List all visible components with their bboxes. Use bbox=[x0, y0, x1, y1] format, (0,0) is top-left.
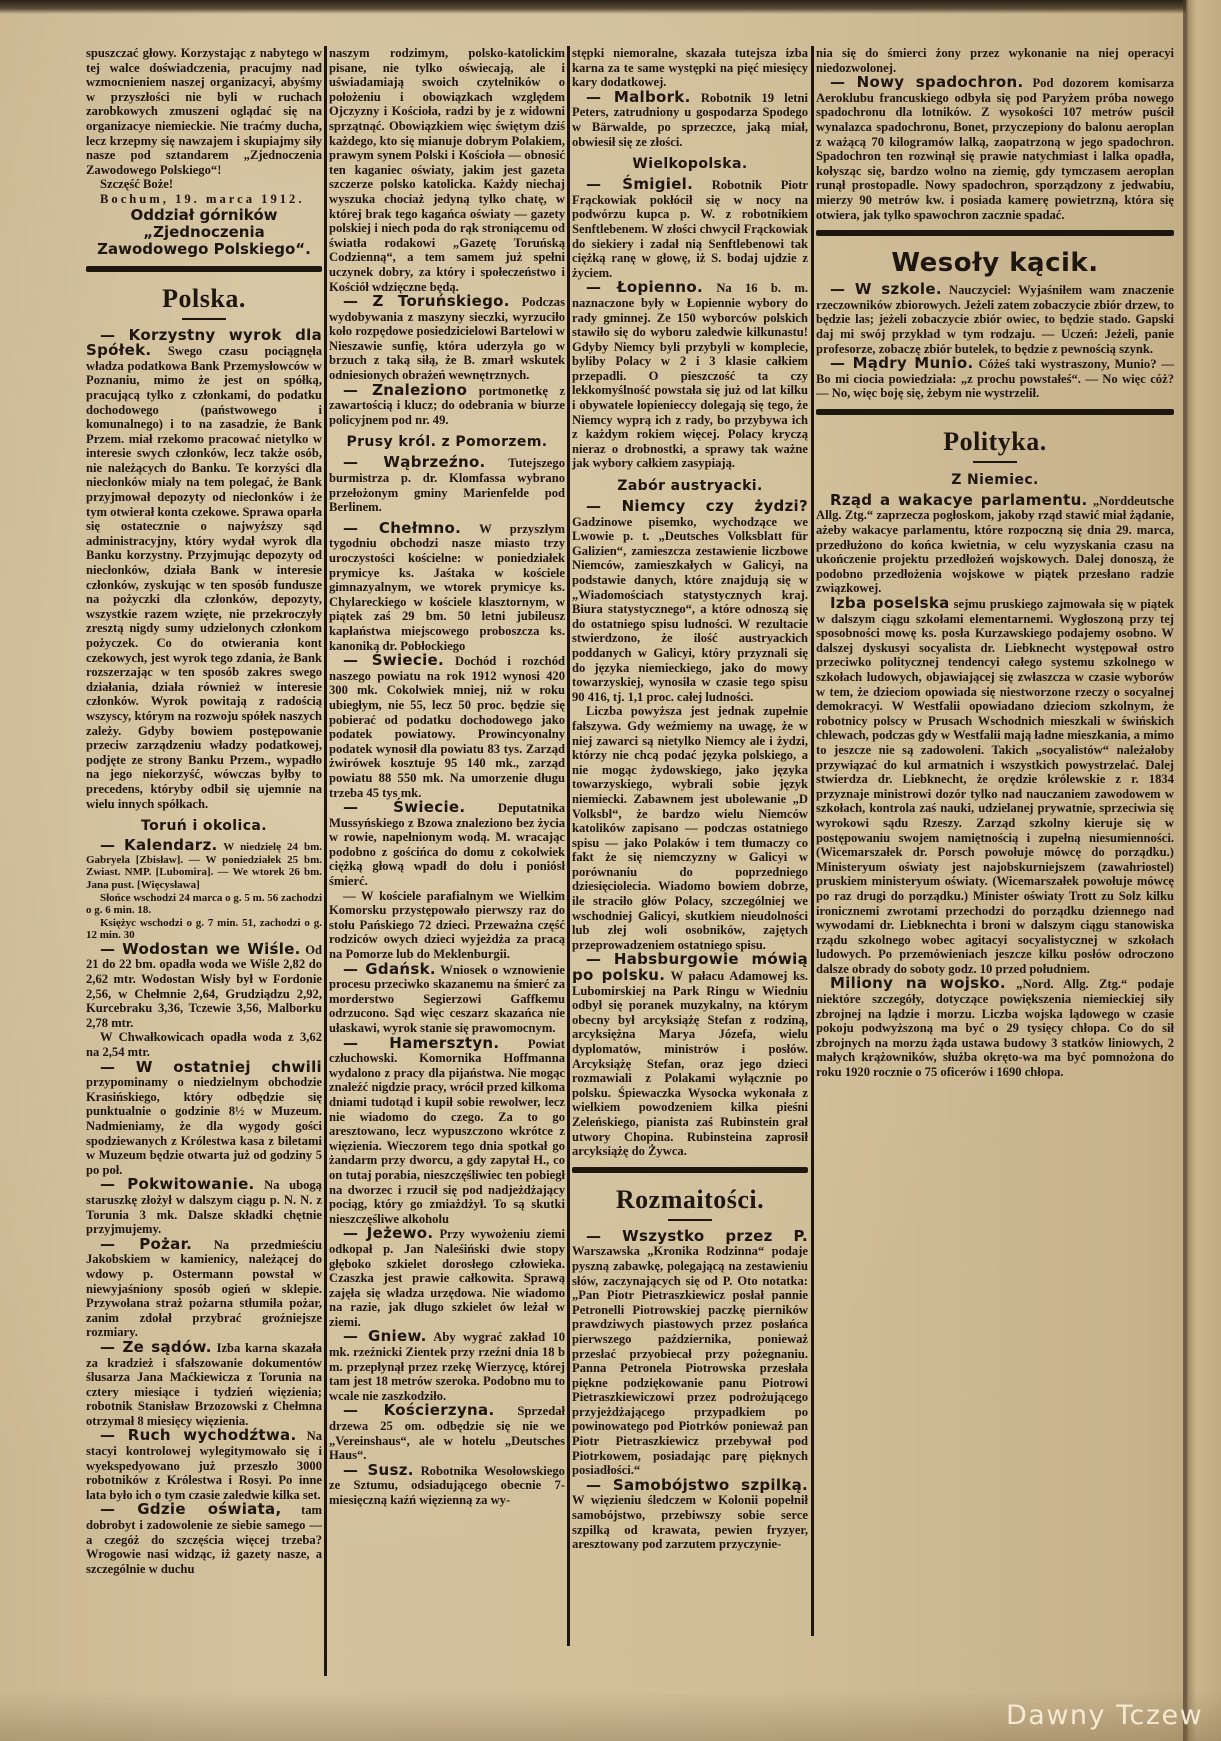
article-headline: — Śmigiel. bbox=[586, 175, 693, 193]
appeal-ending: spuszczać głowy. Korzystając z nabytego … bbox=[86, 46, 322, 177]
article: — Świecie. Deputatnika Mussyńskiego z Bz… bbox=[329, 800, 565, 889]
article-headline: — Chełmno. bbox=[343, 519, 461, 537]
article-headline: — Susz. bbox=[343, 1461, 414, 1479]
article-headline: — Ruch wychodźtwa. bbox=[100, 1426, 296, 1444]
article: — Znaleziono portmonetkę z zawartością i… bbox=[329, 383, 565, 428]
article-body: Gadzinowe pisemko, wychodzące we Lwowie … bbox=[572, 515, 808, 704]
section-divider bbox=[572, 1167, 808, 1173]
article-headline: — Świecie. bbox=[343, 798, 465, 816]
subsection-z-niemiec: Z Niemiec. bbox=[816, 471, 1174, 490]
subsection-prusy: Prusy król. z Pomorzem. bbox=[329, 433, 565, 452]
article-headline: — Niemcy czy żydzi? bbox=[586, 497, 808, 515]
article-body: Dochód i rozchód naszego powiatu na rok … bbox=[329, 654, 565, 799]
section-divider bbox=[816, 409, 1174, 415]
article: — Wodostan we Wiśle. Od 21 do 22 bm. opa… bbox=[86, 942, 322, 1031]
article-headline: — W ostatniej chwili bbox=[100, 1058, 322, 1076]
article-body: W więzieniu śledczem w Kolonii popełnił … bbox=[572, 1493, 808, 1551]
section-title-polityka: Polityka. bbox=[816, 425, 1174, 459]
article-headline: — Wszystko przez P. bbox=[586, 1227, 808, 1245]
article: — Wąbrzeźno. Tutejszego burmistrza p. dr… bbox=[329, 455, 565, 514]
article-headline: — Mądry Munio. bbox=[830, 354, 974, 372]
column-divider bbox=[811, 46, 814, 1636]
column-2: naszym rodzimym, polsko-katolickim pisan… bbox=[329, 46, 565, 1508]
article-headline: — Wąbrzeźno. bbox=[343, 453, 486, 471]
moon-times: Księżyc wschodzi o g. 7 min. 51, zachodz… bbox=[86, 917, 322, 942]
article-body: Powiat człuchowski. Komornika Hoffmanna … bbox=[329, 1037, 565, 1226]
article-headline: — Z Toruńskiego. bbox=[343, 292, 510, 310]
article-paragraph: Liczba powyższa jest jednak zupełnie fał… bbox=[572, 704, 808, 952]
article-headline: — Świecie. bbox=[343, 651, 444, 669]
article: Rząd a wakacye parlamentu. „Norddeutsche… bbox=[816, 493, 1174, 596]
section-title-rozmaitosci: Rozmaitości. bbox=[572, 1183, 808, 1217]
article: — Gdańsk. Wniosek o wznowienie procesu p… bbox=[329, 962, 565, 1036]
column-divider bbox=[567, 46, 570, 1646]
article-headline: — W szkole. bbox=[830, 280, 942, 298]
dateline: Bochum, 19. marca 1912. bbox=[86, 192, 322, 207]
article: — Niemcy czy żydzi? Gadzinowe pisemko, w… bbox=[572, 499, 808, 704]
article: — Pożar. Na przedmieściu Jakobskiem w ka… bbox=[86, 1237, 322, 1340]
signature: Oddział górników „Zjednoczenia Zawodoweg… bbox=[86, 207, 322, 258]
article: — Z Toruńskiego. Podczas wydobywania z m… bbox=[329, 294, 565, 383]
article: — Susz. Robotnika Wesołowskiego ze Sztum… bbox=[329, 1463, 565, 1508]
article-body: Swego czasu pociągnęła władza podatkowa … bbox=[86, 344, 322, 810]
article-body: W przyszłym tygodniu obchodzi nasze mias… bbox=[329, 522, 565, 653]
article-body: przypominamy o niedzielnym obchodzie Kra… bbox=[86, 1075, 322, 1177]
article-continuation: stępki niemoralne, skazała tutejsza izba… bbox=[572, 46, 808, 90]
article: — W szkole. Nauczyciel: Wyjaśniłem wam z… bbox=[816, 282, 1174, 356]
article-headline: — Kalendarz. bbox=[100, 836, 217, 854]
article: — Hamersztyn. Powiat człuchowski. Komorn… bbox=[329, 1036, 565, 1227]
article-body: „Norddeutsche Allg. Ztg.“ zaprzecza pogł… bbox=[816, 494, 1174, 596]
article-headline: Rząd a wakacye parlamentu. bbox=[830, 491, 1088, 509]
article-headline: — Gdańsk. bbox=[343, 960, 436, 978]
article-headline: — Kościerzyna. bbox=[343, 1401, 494, 1419]
article-headline: — Znaleziono bbox=[343, 381, 467, 399]
article-body: Na przedmieściu Jakobskiem w kamienicy, … bbox=[86, 1238, 322, 1340]
sun-times: Słońce wschodzi 24 marca o g. 5 m. 56 za… bbox=[86, 892, 322, 917]
article-headline: — Ze sądów. bbox=[100, 1338, 212, 1356]
article-body: Pod dozorem komisarza Aeroklubu francusk… bbox=[816, 76, 1174, 221]
article-paragraph: — W kościele parafialnym we Wielkim Komo… bbox=[329, 889, 565, 962]
article: Izba poselska sejmu pruskiego zajmowała … bbox=[816, 596, 1174, 976]
subsection-torun: Toruń i okolica. bbox=[86, 817, 322, 836]
column-1: spuszczać głowy. Korzystając z nabytego … bbox=[86, 46, 322, 1576]
column-4: nia się do śmierci żony przez wykonanie … bbox=[816, 46, 1182, 1080]
title-underline bbox=[668, 1219, 712, 1221]
article: — Wszystko przez P. Warszawska „Kronika … bbox=[572, 1229, 808, 1478]
article-body: sejmu pruskiego zajmowała się w piątek w… bbox=[816, 597, 1174, 976]
article-headline: — Samobójstwo szpilką. bbox=[586, 1476, 808, 1494]
article: — Habsburgowie mówią po polsku. W pałacu… bbox=[572, 952, 808, 1158]
article-headline: — Pokwitowanie. bbox=[100, 1175, 255, 1193]
article-headline: — Hamersztyn. bbox=[343, 1034, 499, 1052]
article-body: „Nord. Allg. Ztg.“ podaje niektóre szcze… bbox=[816, 977, 1174, 1079]
article-paragraph: W Chwałkowicach opadła woda z 3,62 na 2,… bbox=[86, 1030, 322, 1059]
article: — Mądry Munio. Cóżeś taki wystraszony, M… bbox=[816, 356, 1174, 401]
article-headline: — Gniew. bbox=[343, 1327, 427, 1345]
article: — Kościerzyna. Sprzedał drzewa 25 om. od… bbox=[329, 1403, 565, 1462]
article: — Chełmno. W przyszłym tygodniu obchodzi… bbox=[329, 521, 565, 653]
article-body: Robotnik Piotr Frąckowiak pokłócił się w… bbox=[572, 178, 808, 280]
article-headline: — Łopienno. bbox=[586, 278, 703, 296]
article: — Łopienno. Na 16 b. m. naznaczone były … bbox=[572, 280, 808, 471]
section-title-polska: Polska. bbox=[86, 282, 322, 316]
title-underline bbox=[182, 318, 226, 320]
article-headline: — Gdzie oświata, bbox=[100, 1500, 281, 1518]
title-underline bbox=[973, 461, 1017, 463]
article-headline: — Nowy spadochron. bbox=[830, 73, 1023, 91]
article-headline: — Malbork. bbox=[586, 88, 691, 106]
newspaper-page: spuszczać głowy. Korzystając z nabytego … bbox=[0, 0, 1221, 1741]
article: — Pokwitowanie. Na ubogą staruszkę złoży… bbox=[86, 1177, 322, 1236]
article: — Malbork. Robotnik 19 letni Peters, zat… bbox=[572, 90, 808, 149]
article-headline: Izba poselska bbox=[830, 594, 950, 612]
article: Miliony na wojsko. „Nord. Allg. Ztg.“ po… bbox=[816, 976, 1174, 1079]
watermark: Dawny Tczew bbox=[1006, 1700, 1203, 1731]
subsection-zabor-austryacki: Zabór austryacki. bbox=[572, 477, 808, 496]
article: — Gdzie oświata, tam dobrobyt i zadowole… bbox=[86, 1502, 322, 1576]
greeting: Szczęść Boże! bbox=[86, 177, 322, 192]
article-body: Na 16 b. m. naznaczone były w Łopiennie … bbox=[572, 281, 808, 470]
article: — Kalendarz. W niedzielę 24 bm. Gabryela… bbox=[86, 839, 322, 891]
article-headline: — Wodostan we Wiśle. bbox=[100, 940, 301, 958]
section-divider bbox=[816, 230, 1174, 236]
article: — Korzystny wyrok dla Spółek. Swego czas… bbox=[86, 328, 322, 812]
article: — W ostatniej chwili przypominamy o nied… bbox=[86, 1060, 322, 1178]
article-continuation: nia się do śmierci żony przez wykonanie … bbox=[816, 46, 1174, 75]
article: — Gniew. Aby wygrać zakład 10 mk. rzeźni… bbox=[329, 1329, 565, 1403]
column-divider bbox=[324, 46, 327, 1676]
article-body: W pałacu Adamowej ks. Lubomirskiej na Pa… bbox=[572, 969, 808, 1158]
subsection-wielkopolska: Wielkopolska. bbox=[572, 155, 808, 174]
article-headline: — Pożar. bbox=[100, 1235, 192, 1253]
page-fold-edge bbox=[1186, 0, 1221, 1741]
article: — Samobójstwo szpilką. W więzieniu śledc… bbox=[572, 1478, 808, 1552]
article-continuation: naszym rodzimym, polsko-katolickim pisan… bbox=[329, 46, 565, 294]
article: — Ze sądów. Izba karna skazała za kradzi… bbox=[86, 1340, 322, 1429]
column-3: stępki niemoralne, skazała tutejsza izba… bbox=[572, 46, 808, 1552]
section-divider bbox=[86, 266, 322, 272]
article: — Świecie. Dochód i rozchód naszego powi… bbox=[329, 653, 565, 800]
article-headline: Miliony na wojsko. bbox=[830, 974, 1006, 992]
article: — Jeżewo. Przy wywożeniu ziemi odkopał p… bbox=[329, 1226, 565, 1329]
article: — Śmigiel. Robotnik Piotr Frąckowiak pok… bbox=[572, 177, 808, 280]
scan-top-edge bbox=[0, 0, 1221, 14]
article-headline: — Jeżewo. bbox=[343, 1224, 433, 1242]
article-body: Warszawska „Kronika Rodzinna“ podaje pys… bbox=[572, 1244, 808, 1477]
article-body: Przy wywożeniu ziemi odkopał p. Jan Nale… bbox=[329, 1227, 565, 1329]
article: — Nowy spadochron. Pod dozorem komisarza… bbox=[816, 75, 1174, 222]
section-title-wesoly-kacik: Wesoły kącik. bbox=[816, 246, 1174, 280]
article: — Ruch wychodźtwa. Na stacyi kontrolowej… bbox=[86, 1428, 322, 1502]
